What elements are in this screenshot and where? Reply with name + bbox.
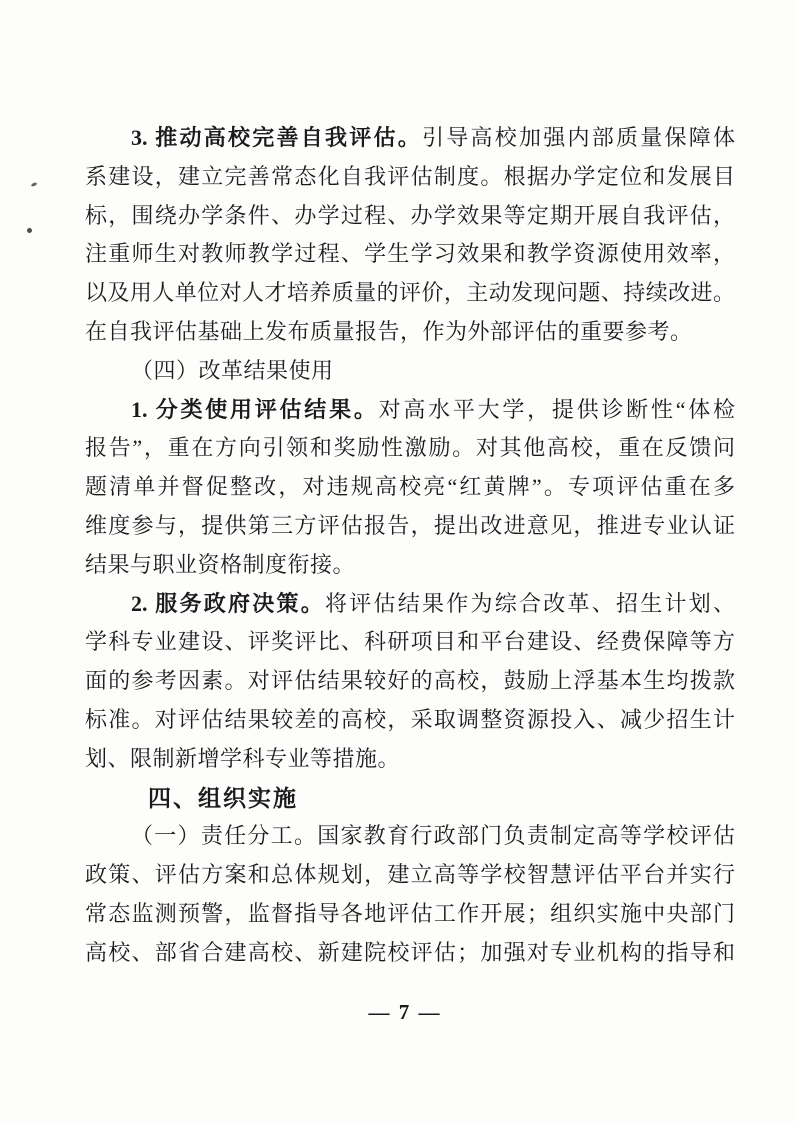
text-line: 注重师生对教师教学过程、学生学习效果和教学资源使用效率， — [85, 235, 735, 274]
text-line: 在自我评估基础上发布质量报告，作为外部评估的重要参考。 — [85, 313, 735, 352]
text-segment: 系建设，建立完善常态化自我评估制度。根据办学定位和发展目 — [85, 164, 735, 189]
text-segment: 1. 分类使用评估结果。 — [131, 397, 379, 422]
text-segment: 以及用人单位对人才培养质量的评价，主动发现问题、持续改进。 — [85, 280, 735, 305]
text-segment: 国家教育行政部门负责制定高等学校评估 — [317, 823, 735, 848]
text-line: 划、限制新增学科专业等措施。 — [85, 740, 735, 779]
text-segment: 面的参考因素。对评估结果较好的高校，鼓励上浮基本生均拨款 — [85, 668, 735, 693]
text-line: 标准。对评估结果较差的高校，采取调整资源投入、减少招生计 — [85, 701, 735, 740]
text-segment: 题清单并督促整改，对违规高校亮“红黄牌”。专项评估重在多 — [85, 474, 735, 499]
text-segment: 标，围绕办学条件、办学过程、办学效果等定期开展自我评估， — [85, 203, 735, 228]
text-segment: 3. 推动高校完善自我评估。 — [131, 125, 422, 150]
text-segment: 四、组织实施 — [148, 785, 298, 811]
text-segment: （一）责任分工。 — [131, 823, 317, 848]
text-line: 高校、部省合建高校、新建院校评估；加强对专业机构的指导和 — [85, 934, 735, 973]
text-line: 面的参考因素。对评估结果较好的高校，鼓励上浮基本生均拨款 — [85, 662, 735, 701]
text-line: 3. 推动高校完善自我评估。引导高校加强内部质量保障体 — [85, 119, 735, 158]
text-segment: 报告”，重在方向引领和奖励性激励。对其他高校，重在反馈问 — [85, 435, 735, 460]
page-number: — 7 — — [85, 1000, 725, 1025]
text-segment: 在自我评估基础上发布质量报告，作为外部评估的重要参考。 — [85, 319, 693, 344]
text-segment: 2. 服务政府决策。 — [131, 591, 325, 616]
text-segment: 政策、评估方案和总体规划，建立高等学校智慧评估平台并实行 — [85, 862, 735, 887]
text-line: 维度参与，提供第三方评估报告，提出改进意见，推进专业认证 — [85, 507, 735, 546]
text-segment: 注重师生对教师教学过程、学生学习效果和教学资源使用效率， — [85, 241, 735, 266]
text-line: 政策、评估方案和总体规划，建立高等学校智慧评估平台并实行 — [85, 856, 735, 895]
document-body: 3. 推动高校完善自我评估。引导高校加强内部质量保障体系建设，建立完善常态化自我… — [85, 119, 735, 973]
text-segment: 维度参与，提供第三方评估报告，提出改进意见，推进专业认证 — [85, 513, 735, 538]
scan-speck — [27, 228, 32, 233]
text-line: 报告”，重在方向引领和奖励性激励。对其他高校，重在反馈问 — [85, 429, 735, 468]
text-segment: 常态监测预警，监督指导各地评估工作开展；组织实施中央部门 — [85, 901, 735, 926]
text-line: 1. 分类使用评估结果。对高水平大学，提供诊断性“体检 — [85, 391, 735, 430]
text-line: 系建设，建立完善常态化自我评估制度。根据办学定位和发展目 — [85, 158, 735, 197]
text-line: （四）改革结果使用 — [85, 352, 735, 391]
text-segment: 引导高校加强内部质量保障体 — [422, 125, 735, 150]
text-segment: 结果与职业资格制度衔接。 — [85, 552, 355, 577]
text-line: 2. 服务政府决策。将评估结果作为综合改革、招生计划、 — [85, 585, 735, 624]
text-line: 四、组织实施 — [85, 779, 735, 818]
text-segment: 对高水平大学，提供诊断性“体检 — [379, 397, 735, 422]
text-segment: 高校、部省合建高校、新建院校评估；加强对专业机构的指导和 — [85, 940, 735, 965]
text-segment: 将评估结果作为综合改革、招生计划、 — [325, 591, 735, 616]
text-line: 以及用人单位对人才培养质量的评价，主动发现问题、持续改进。 — [85, 274, 735, 313]
text-line: 常态监测预警，监督指导各地评估工作开展；组织实施中央部门 — [85, 895, 735, 934]
text-line: 结果与职业资格制度衔接。 — [85, 546, 735, 585]
text-segment: 划、限制新增学科专业等措施。 — [85, 746, 400, 771]
text-line: 标，围绕办学条件、办学过程、办学效果等定期开展自我评估， — [85, 197, 735, 236]
text-segment: 学科专业建设、评奖评比、科研项目和平台建设、经费保障等方 — [85, 629, 735, 654]
text-segment: 标准。对评估结果较差的高校，采取调整资源投入、减少招生计 — [85, 707, 735, 732]
text-line: （一）责任分工。国家教育行政部门负责制定高等学校评估 — [85, 817, 735, 856]
scan-speck — [31, 182, 38, 187]
text-line: 学科专业建设、评奖评比、科研项目和平台建设、经费保障等方 — [85, 623, 735, 662]
document-page: 3. 推动高校完善自我评估。引导高校加强内部质量保障体系建设，建立完善常态化自我… — [0, 0, 797, 1122]
text-segment: （四）改革结果使用 — [131, 358, 334, 383]
text-line: 题清单并督促整改，对违规高校亮“红黄牌”。专项评估重在多 — [85, 468, 735, 507]
